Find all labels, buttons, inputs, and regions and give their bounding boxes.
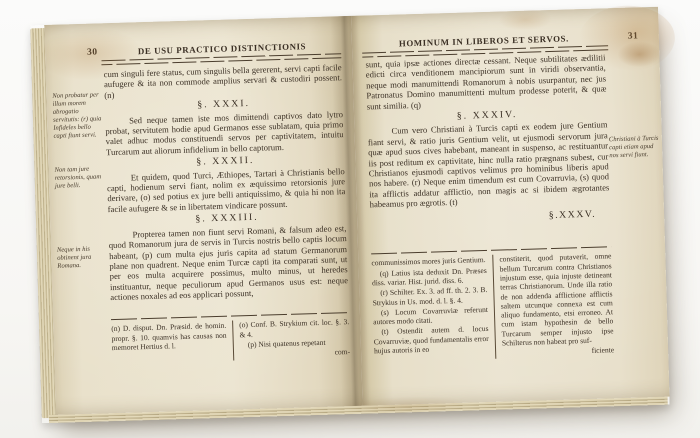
book-spread: 30 DE USU PRACTICO DISTINCTIONIS Non pro… [44, 7, 669, 415]
footnote-column-2: (o) Conf. B. Strykium cit. loc. §. 3. & … [233, 317, 350, 360]
footnote-column-1: (n) D. disput. Dn. Præsid. de homin. pro… [111, 321, 234, 364]
footnote: (q) Latius ista deduxit Dn. Præses diss.… [372, 266, 488, 288]
right-page-footnotes: communissimos mores juris Gentium. (q) L… [371, 246, 614, 362]
body-paragraph: sunt, quia ipsæ actiones directæ cessant… [365, 52, 606, 111]
margin-note: Non probatur per illum morem abrogatio s… [52, 91, 103, 141]
open-book: 30 DE USU PRACTICO DISTINCTIONIS Non pro… [30, 7, 670, 423]
margin-note: Neque in his obtinent jura Romana. [57, 245, 108, 271]
catchword: com- [240, 347, 350, 360]
footnote: (t) Ostendit autem d. locus Covarruviæ, … [373, 324, 489, 355]
margin-note: Christiani à Turcis capti etiam apud nos… [609, 135, 664, 161]
catchword: ficiente [502, 346, 614, 359]
footnote: (n) D. disput. Dn. Præsid. de homin. pro… [111, 321, 227, 352]
footnote: constiterit, quod putaverit, omne bellum… [499, 252, 614, 348]
body-paragraph: Sed neque tamen iste mos dimittendi capt… [105, 109, 344, 158]
right-page-body: sunt, quia ipsæ actiones directæ cessant… [365, 52, 611, 251]
left-page-footnotes: (n) D. disput. Dn. Præsid. de homin. pro… [111, 312, 350, 364]
page-number-right: 31 [628, 31, 639, 41]
margin-note: Non tam jure retorsionis, quam jure bell… [54, 165, 105, 191]
footnote-column-1: communissimos mores juris Gentium. (q) L… [371, 255, 496, 362]
book-photo: 30 DE USU PRACTICO DISTINCTIONIS Non pro… [0, 0, 700, 438]
right-page: HOMINUM IN LIBEROS ET SERVOS. 31 Christi… [351, 7, 669, 406]
body-paragraph: Et quidem, quod Turci, Æthiopes, Tartari… [107, 166, 346, 215]
footnote: (o) Conf. B. Strykium cit. loc. §. 3. & … [239, 317, 350, 339]
left-page-body: cum singuli fere status, cum singulis be… [104, 62, 349, 317]
left-page: 30 DE USU PRACTICO DISTINCTIONIS Non pro… [44, 16, 362, 415]
footnote-column-2: constiterit, quod putaverit, omne bellum… [493, 252, 614, 359]
page-number-left: 30 [87, 47, 98, 57]
section-heading: §.XXXV. [370, 209, 610, 227]
footnote: (r) Schilter. Ex. 3. ad ff. th. 2. 3. B.… [372, 285, 488, 307]
footnote: (s) Locum Covarruviæ referunt autores mo… [373, 305, 489, 327]
body-paragraph: Cum vero Christiani à Turcis capti ex eo… [367, 120, 609, 210]
body-paragraph: cum singuli fere status, cum singulis be… [104, 62, 343, 100]
body-paragraph: Propterea tamen non fiunt servi Romani, … [108, 223, 348, 303]
